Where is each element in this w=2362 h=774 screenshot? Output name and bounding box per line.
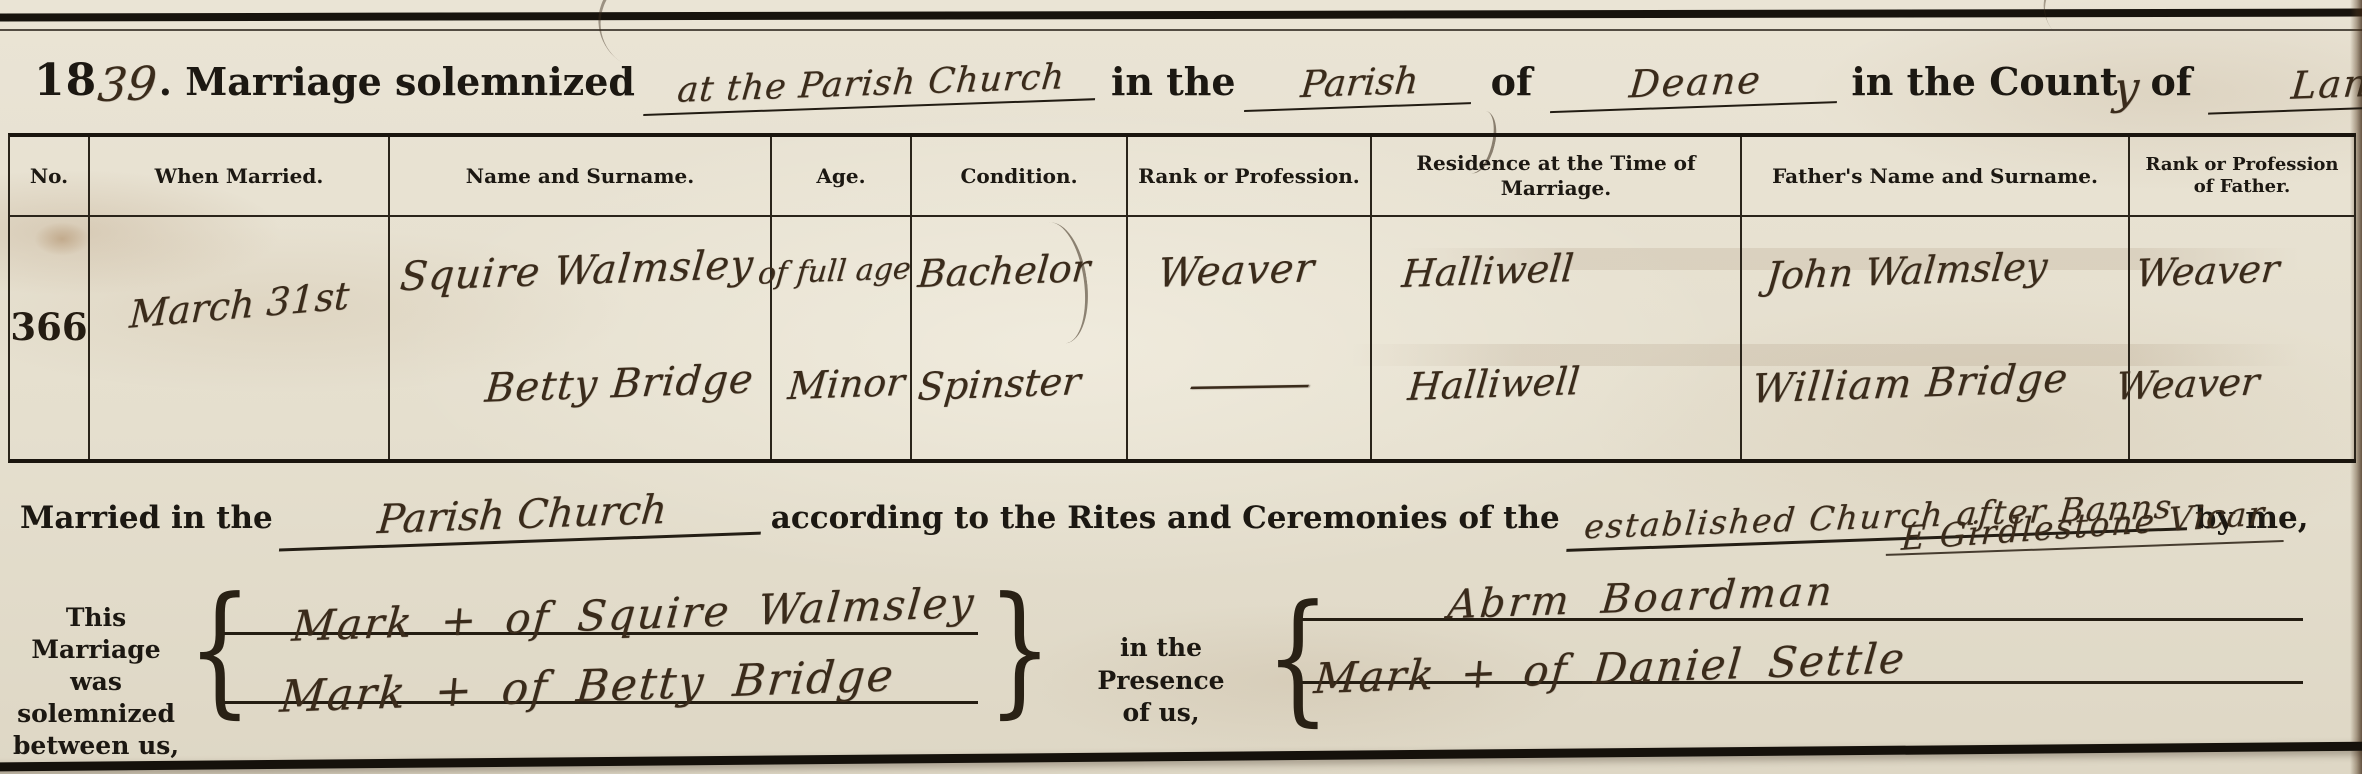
top-rule-thin (0, 29, 2362, 31)
bride-age-handwritten: Minor (786, 360, 906, 408)
column-header-age: Age. (772, 137, 912, 217)
close-brace: } (987, 586, 1014, 714)
bride-father-rank-handwritten: Weaver (2114, 359, 2261, 408)
groom-signature-line: Mark + of Squire Walmsley (222, 586, 978, 635)
ceremony-place-handwritten: Parish Church (279, 483, 765, 551)
groom-residence-handwritten: Halliwell (1400, 246, 1575, 296)
entry-number-cell: 366 (10, 217, 90, 459)
residence-cell: Halliwell Halliwell (1372, 217, 1742, 459)
marriage-register-scan: { "heading": { "year_printed": "18", "ye… (0, 0, 2362, 774)
witness-signature-block: Abrm Boardman Mark + of Daniel Settle (1298, 586, 2303, 684)
names-cell: Squire Walmsley Betty Bridge (390, 217, 772, 459)
bride-mark-handwritten: Mark + of Betty Bridge (220, 650, 897, 725)
heading-of: of (1491, 59, 1533, 104)
groom-condition-handwritten: Bachelor (916, 246, 1092, 296)
heading-county-label: in the Count (1851, 59, 2117, 104)
top-rule-thick (0, 9, 2362, 22)
rank-cell: Weaver — (1128, 217, 1372, 459)
heading-of-2: of (2150, 59, 2192, 104)
witness-2-line: Mark + of Daniel Settle (1298, 621, 2303, 684)
groom-name-handwritten: Squire Walmsley (398, 242, 756, 301)
groom-age-handwritten: of full age (757, 251, 913, 291)
bride-rank-dash-handwritten: — (1181, 361, 1318, 407)
age-cell: of full age Minor (772, 217, 912, 459)
father-name-cell: John Walmsley William Bridge (1742, 217, 2130, 459)
heading-in-the: in the (1111, 59, 1236, 104)
attestation-section: This Marriage was solemnized between us,… (10, 586, 2360, 762)
column-header-rank-profession: Rank or Profession. (1128, 137, 1372, 217)
column-header-when-married: When Married. (90, 137, 390, 217)
register-table: No. When Married. Name and Surname. Age.… (8, 133, 2356, 463)
parish-name-handwritten: Deane (1550, 55, 1841, 113)
register-heading: 18 39 . Marriage solemnized at the Paris… (34, 52, 2344, 108)
bride-name-handwritten: Betty Bridge (483, 356, 756, 412)
rites-label: according to the Rites and Ceremonies of… (771, 500, 1560, 536)
bride-condition-handwritten: Spinster (916, 359, 1082, 409)
parish-blank-handwritten: Parish (1244, 57, 1475, 112)
column-header-residence: Residence at the Time of Marriage. (1372, 137, 1742, 217)
column-header-no: No. (10, 137, 90, 217)
married-in-the-label: Married in the (20, 500, 273, 536)
this-marriage-label: This Marriage was solemnized between us, (10, 586, 182, 762)
bride-residence-handwritten: Halliwell (1406, 359, 1581, 409)
parties-signature-block: Mark + of Squire Walmsley Mark + of Bett… (222, 586, 978, 704)
presence-label: in the Presence of us, (1086, 586, 1236, 730)
column-header-father-rank: Rank or Profession of Father. (2130, 137, 2356, 217)
county-y-handwritten: y (2111, 62, 2140, 114)
witness-open-brace: { (1265, 594, 1292, 722)
witness-2-handwritten: Mark + of Daniel Settle (1296, 633, 1908, 703)
bride-father-handwritten: William Bridge (1750, 355, 2070, 412)
open-brace: { (187, 586, 214, 714)
groom-father-handwritten: John Walmsley (1764, 244, 2049, 298)
when-married-cell: March 31st (90, 217, 390, 459)
entry-number: 366 (10, 305, 88, 349)
when-married-handwritten: March 31st (128, 273, 350, 337)
groom-father-rank-handwritten: Weaver (2134, 246, 2281, 295)
heading-title: . Marriage solemnized (159, 59, 635, 104)
column-header-father-name: Father's Name and Surname. (1742, 137, 2130, 217)
county-name-handwritten: Lancaster (2208, 53, 2362, 114)
condition-cell: Bachelor Spinster (912, 217, 1128, 459)
church-blank-handwritten: at the Parish Church (643, 56, 1099, 116)
father-rank-cell: Weaver Weaver (2130, 217, 2356, 459)
year-printed: 18 (34, 55, 97, 106)
column-header-name-surname: Name and Surname. (390, 137, 772, 217)
year-handwritten: 39 (96, 56, 159, 112)
witness-1-line: Abrm Boardman (1298, 586, 2303, 621)
groom-rank-handwritten: Weaver (1156, 245, 1317, 297)
column-header-condition: Condition. (912, 137, 1128, 217)
